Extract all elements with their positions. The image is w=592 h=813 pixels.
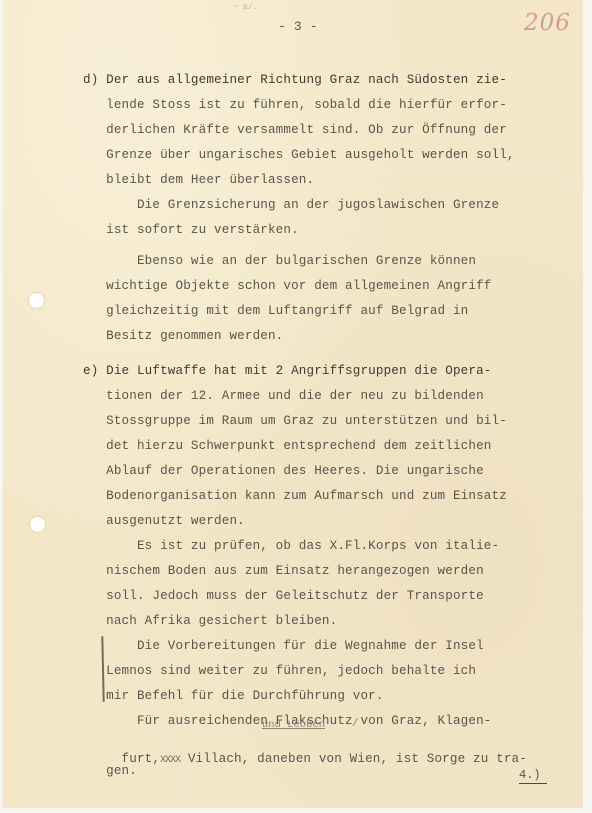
struck-out-text: XXXX <box>160 755 180 766</box>
text-line: det hierzu Schwerpunkt entsprechend dem … <box>83 440 492 453</box>
text-line-with-correction: furt,XXXX Villach, daneben von Wien, ist… <box>83 740 527 766</box>
text-line: mir Befehl für die Durchführung vor. <box>83 690 384 703</box>
text-line: Ebenso wie an der bulgarischen Grenze kö… <box>83 255 476 268</box>
text-line: Es ist zu prüfen, ob das X.Fl.Korps von … <box>83 540 499 553</box>
text-line: ausgenutzt werden. <box>83 515 245 528</box>
text-line: d) Der aus allgemeiner Richtung Graz nac… <box>83 74 507 87</box>
punch-hole <box>29 293 44 308</box>
text-line: Stossgruppe im Raum um Graz zu unterstüt… <box>83 415 507 428</box>
text-line: gleichzeitig mit dem Luftangriff auf Bel… <box>83 305 468 318</box>
faint-stamp: ~ a/. <box>233 4 258 12</box>
text-line: nach Afrika gesichert bleiben. <box>83 615 337 628</box>
text-line: gen. <box>83 765 137 778</box>
insertion-mark: / <box>352 718 359 730</box>
text-line: Die Vorbereitungen für die Wegnahme der … <box>83 640 484 653</box>
text-line: Die Grenzsicherung an der jugoslawischen… <box>83 199 499 212</box>
page-number: - 3 - <box>278 20 318 33</box>
text-line: Ablauf der Operationen des Heeres. Die u… <box>83 465 484 478</box>
document-page <box>3 0 583 808</box>
handwritten-folio-number: 206 <box>524 10 571 36</box>
text-line: Besitz genommen werden. <box>83 330 283 343</box>
text-fragment: Villach, daneben von Wien, ist Sorge zu … <box>180 752 527 766</box>
text-line: Bodenorganisation kann zum Aufmarsch und… <box>83 490 507 503</box>
text-line: tionen der 12. Armee und die der neu zu … <box>83 390 484 403</box>
text-line: lende Stoss ist zu führen, sobald die hi… <box>83 99 507 112</box>
handwritten-insertion: und Leoben <box>262 719 325 731</box>
text-line: wichtige Objekte schon vor dem allgemein… <box>83 280 492 293</box>
text-line: Lemnos sind weiter zu führen, jedoch beh… <box>83 665 476 678</box>
text-line: e) Die Luftwaffe hat mit 2 Angriffsgrupp… <box>83 365 492 378</box>
text-line: ist sofort zu verstärken. <box>83 224 299 237</box>
text-line: soll. Jedoch muss der Geleitschutz der T… <box>83 590 484 603</box>
text-line: bleibt dem Heer überlassen. <box>83 174 314 187</box>
text-line: nischem Boden aus zum Einsatz herangezog… <box>83 565 484 578</box>
text-line: derlichen Kräfte versammelt sind. Ob zur… <box>83 124 507 137</box>
catchword-next-page: 4.) <box>519 768 547 784</box>
text-line: Grenze über ungarisches Gebiet ausgeholt… <box>83 149 515 162</box>
punch-hole <box>30 517 45 532</box>
